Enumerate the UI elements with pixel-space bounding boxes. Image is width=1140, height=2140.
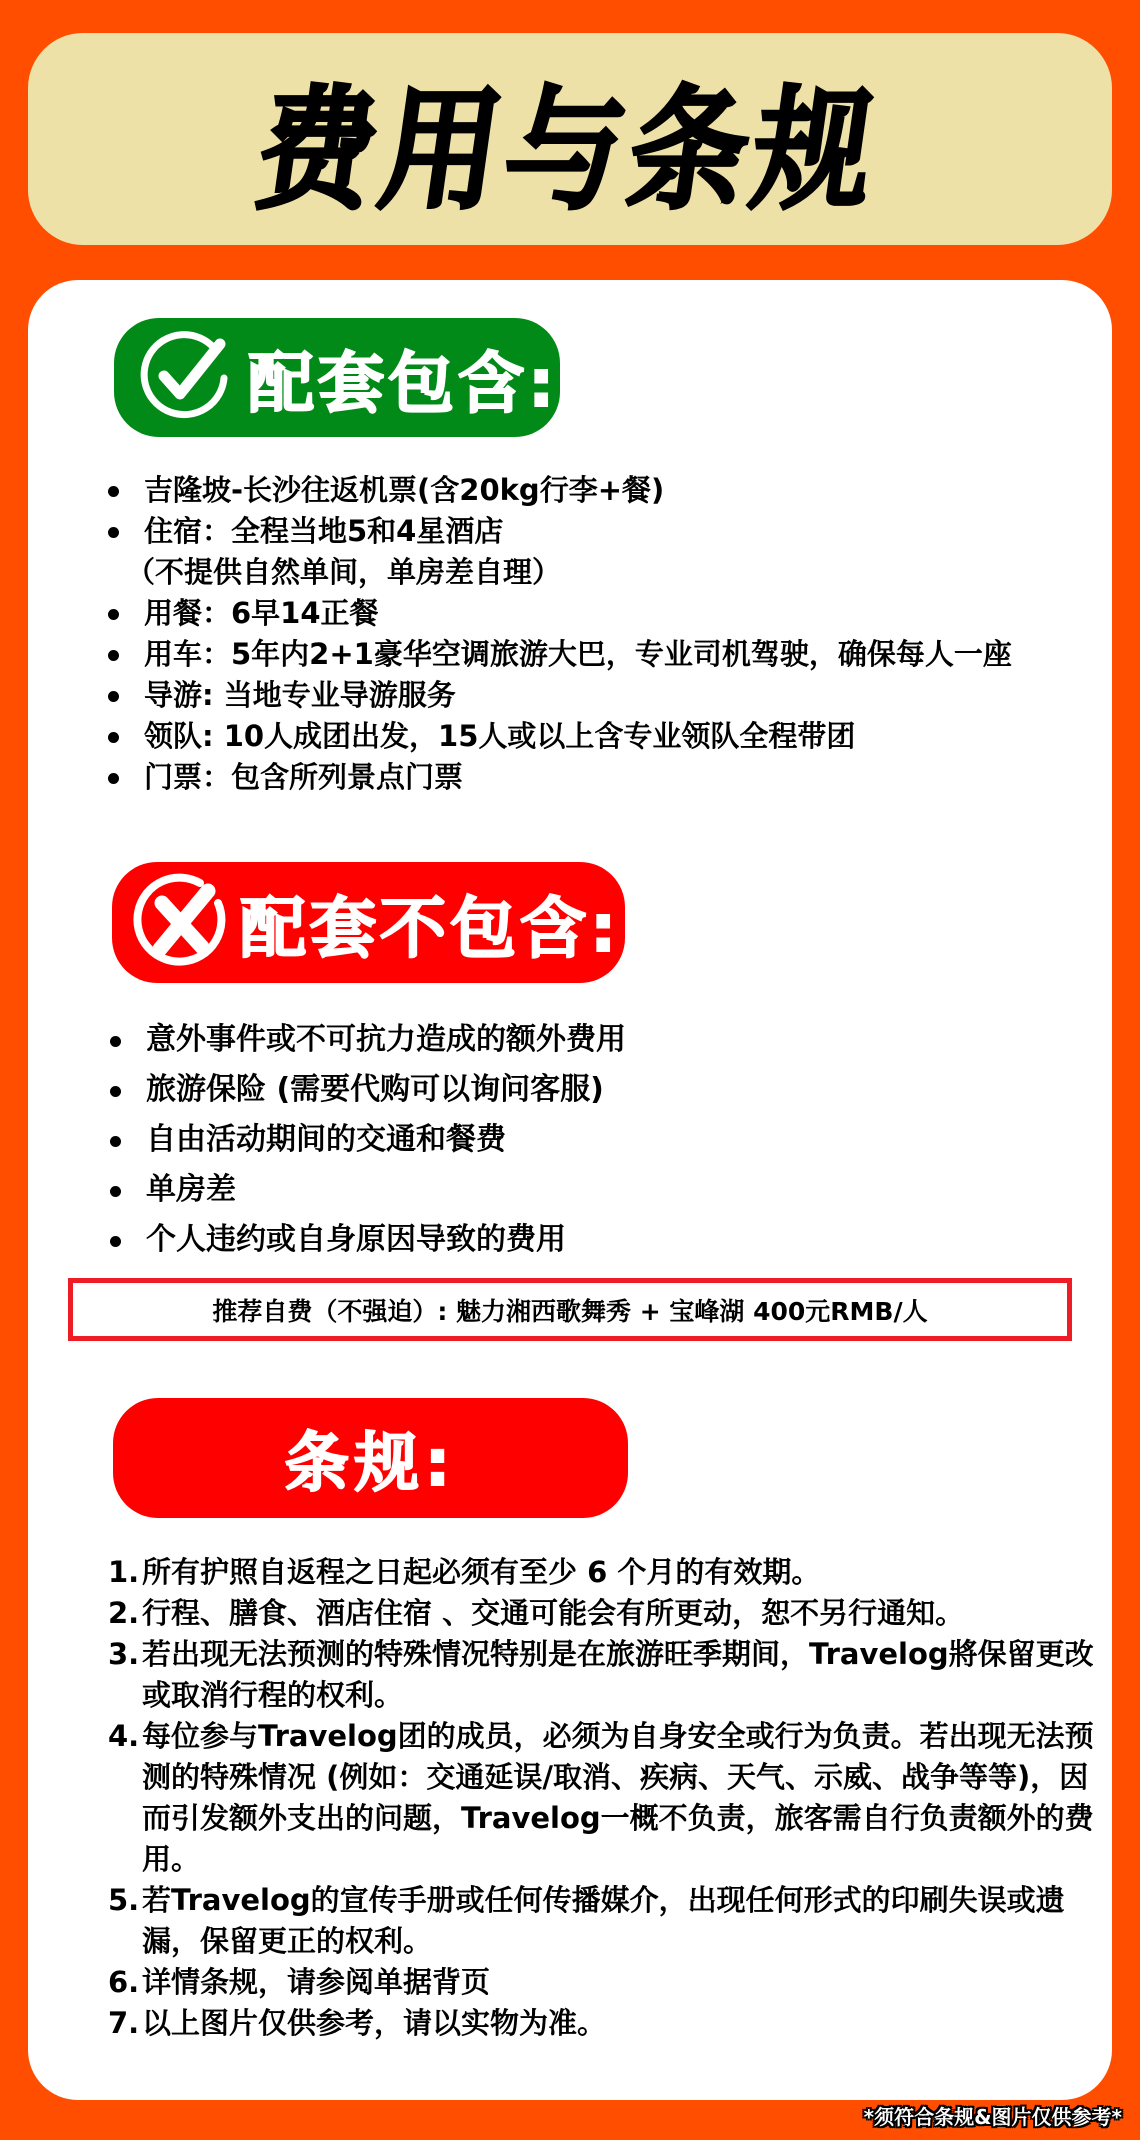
excluded-heading: 配套不包含:	[240, 875, 620, 970]
bullet-icon	[108, 527, 119, 538]
list-item: 单房差	[110, 1165, 1010, 1215]
bullet-icon	[108, 609, 119, 620]
list-item: 领队: 10人成团出发，15人或以上含专业领队全程带团	[108, 716, 1088, 757]
term-item: 6.详情条规，请参阅单据背页	[108, 1962, 1098, 2003]
list-item: 导游: 当地专业导游服务	[108, 675, 1088, 716]
list-item-note: （不提供自然单间，单房差自理）	[126, 552, 1088, 593]
term-item: 5.若Travelog的宣传手册或任何传播媒介，出现任何形式的印刷失误或遗漏，保…	[108, 1880, 1098, 1962]
included-heading: 配套包含:	[248, 330, 558, 425]
terms-heading-badge: 条规:	[113, 1398, 628, 1518]
bullet-icon	[108, 650, 119, 661]
footer-disclaimer: *须符合条规&图片仅供参考*	[864, 2101, 1122, 2130]
list-item: 个人违约或自身原因导致的费用	[110, 1215, 1010, 1265]
list-item: 用餐：6早14正餐	[108, 593, 1088, 634]
check-circle-icon	[138, 328, 234, 428]
bullet-icon	[108, 691, 119, 702]
list-item: 自由活动期间的交通和餐费	[110, 1115, 1010, 1165]
list-item: 用车：5年内2+1豪华空调旅游大巴，专业司机驾驶，确保每人一座	[108, 634, 1088, 675]
term-item: 3.若出现无法预测的特殊情况特别是在旅游旺季期间，Travelog將保留更改或取…	[108, 1634, 1098, 1716]
term-item: 2.行程、膳食、酒店住宿 、交通可能会有所更动，恕不另行通知。	[108, 1593, 1098, 1634]
bullet-icon	[110, 1186, 121, 1197]
term-item: 7.以上图片仅供参考，请以实物为准。	[108, 2003, 1098, 2044]
list-item: 旅游保险 (需要代购可以询问客服)	[110, 1065, 1010, 1115]
list-item: 吉隆坡-长沙往返机票(含20kg行李+餐)	[108, 470, 1088, 511]
title-banner: 费用与条规	[28, 33, 1112, 245]
list-item: 意外事件或不可抗力造成的额外费用	[110, 1015, 1010, 1065]
excluded-heading-badge: 配套不包含:	[112, 862, 625, 983]
bullet-icon	[110, 1036, 121, 1047]
bullet-icon	[110, 1086, 121, 1097]
content-panel: 配套包含: 吉隆坡-长沙往返机票(含20kg行李+餐) 住宿：全程当地5和4星酒…	[28, 280, 1112, 2100]
terms-heading: 条规:	[285, 1412, 457, 1504]
optional-tour-box: 推荐自费（不强迫）: 魅力湘西歌舞秀 + 宝峰湖 400元RMB/人	[68, 1278, 1072, 1341]
bullet-icon	[110, 1236, 121, 1247]
bullet-icon	[108, 486, 119, 497]
bullet-icon	[108, 773, 119, 784]
included-list: 吉隆坡-长沙往返机票(含20kg行李+餐) 住宿：全程当地5和4星酒店（不提供自…	[108, 470, 1088, 798]
page-title: 费用与条规	[247, 44, 894, 234]
term-item: 4.每位参与Travelog团的成员，必须为自身安全或行为负责。若出现无法预测的…	[108, 1716, 1098, 1880]
list-item: 住宿：全程当地5和4星酒店（不提供自然单间，单房差自理）	[108, 511, 1088, 593]
list-item: 门票：包含所列景点门票	[108, 757, 1088, 798]
term-item: 1.所有护照自返程之日起必须有至少 6 个月的有效期。	[108, 1552, 1098, 1593]
included-heading-badge: 配套包含:	[114, 318, 560, 437]
terms-list: 1.所有护照自返程之日起必须有至少 6 个月的有效期。 2.行程、膳食、酒店住宿…	[108, 1552, 1098, 2044]
bullet-icon	[110, 1136, 121, 1147]
optional-tour-text: 推荐自费（不强迫）: 魅力湘西歌舞秀 + 宝峰湖 400元RMB/人	[212, 1292, 927, 1328]
x-circle-icon	[130, 869, 234, 977]
bullet-icon	[108, 732, 119, 743]
excluded-list: 意外事件或不可抗力造成的额外费用 旅游保险 (需要代购可以询问客服) 自由活动期…	[110, 1015, 1010, 1265]
